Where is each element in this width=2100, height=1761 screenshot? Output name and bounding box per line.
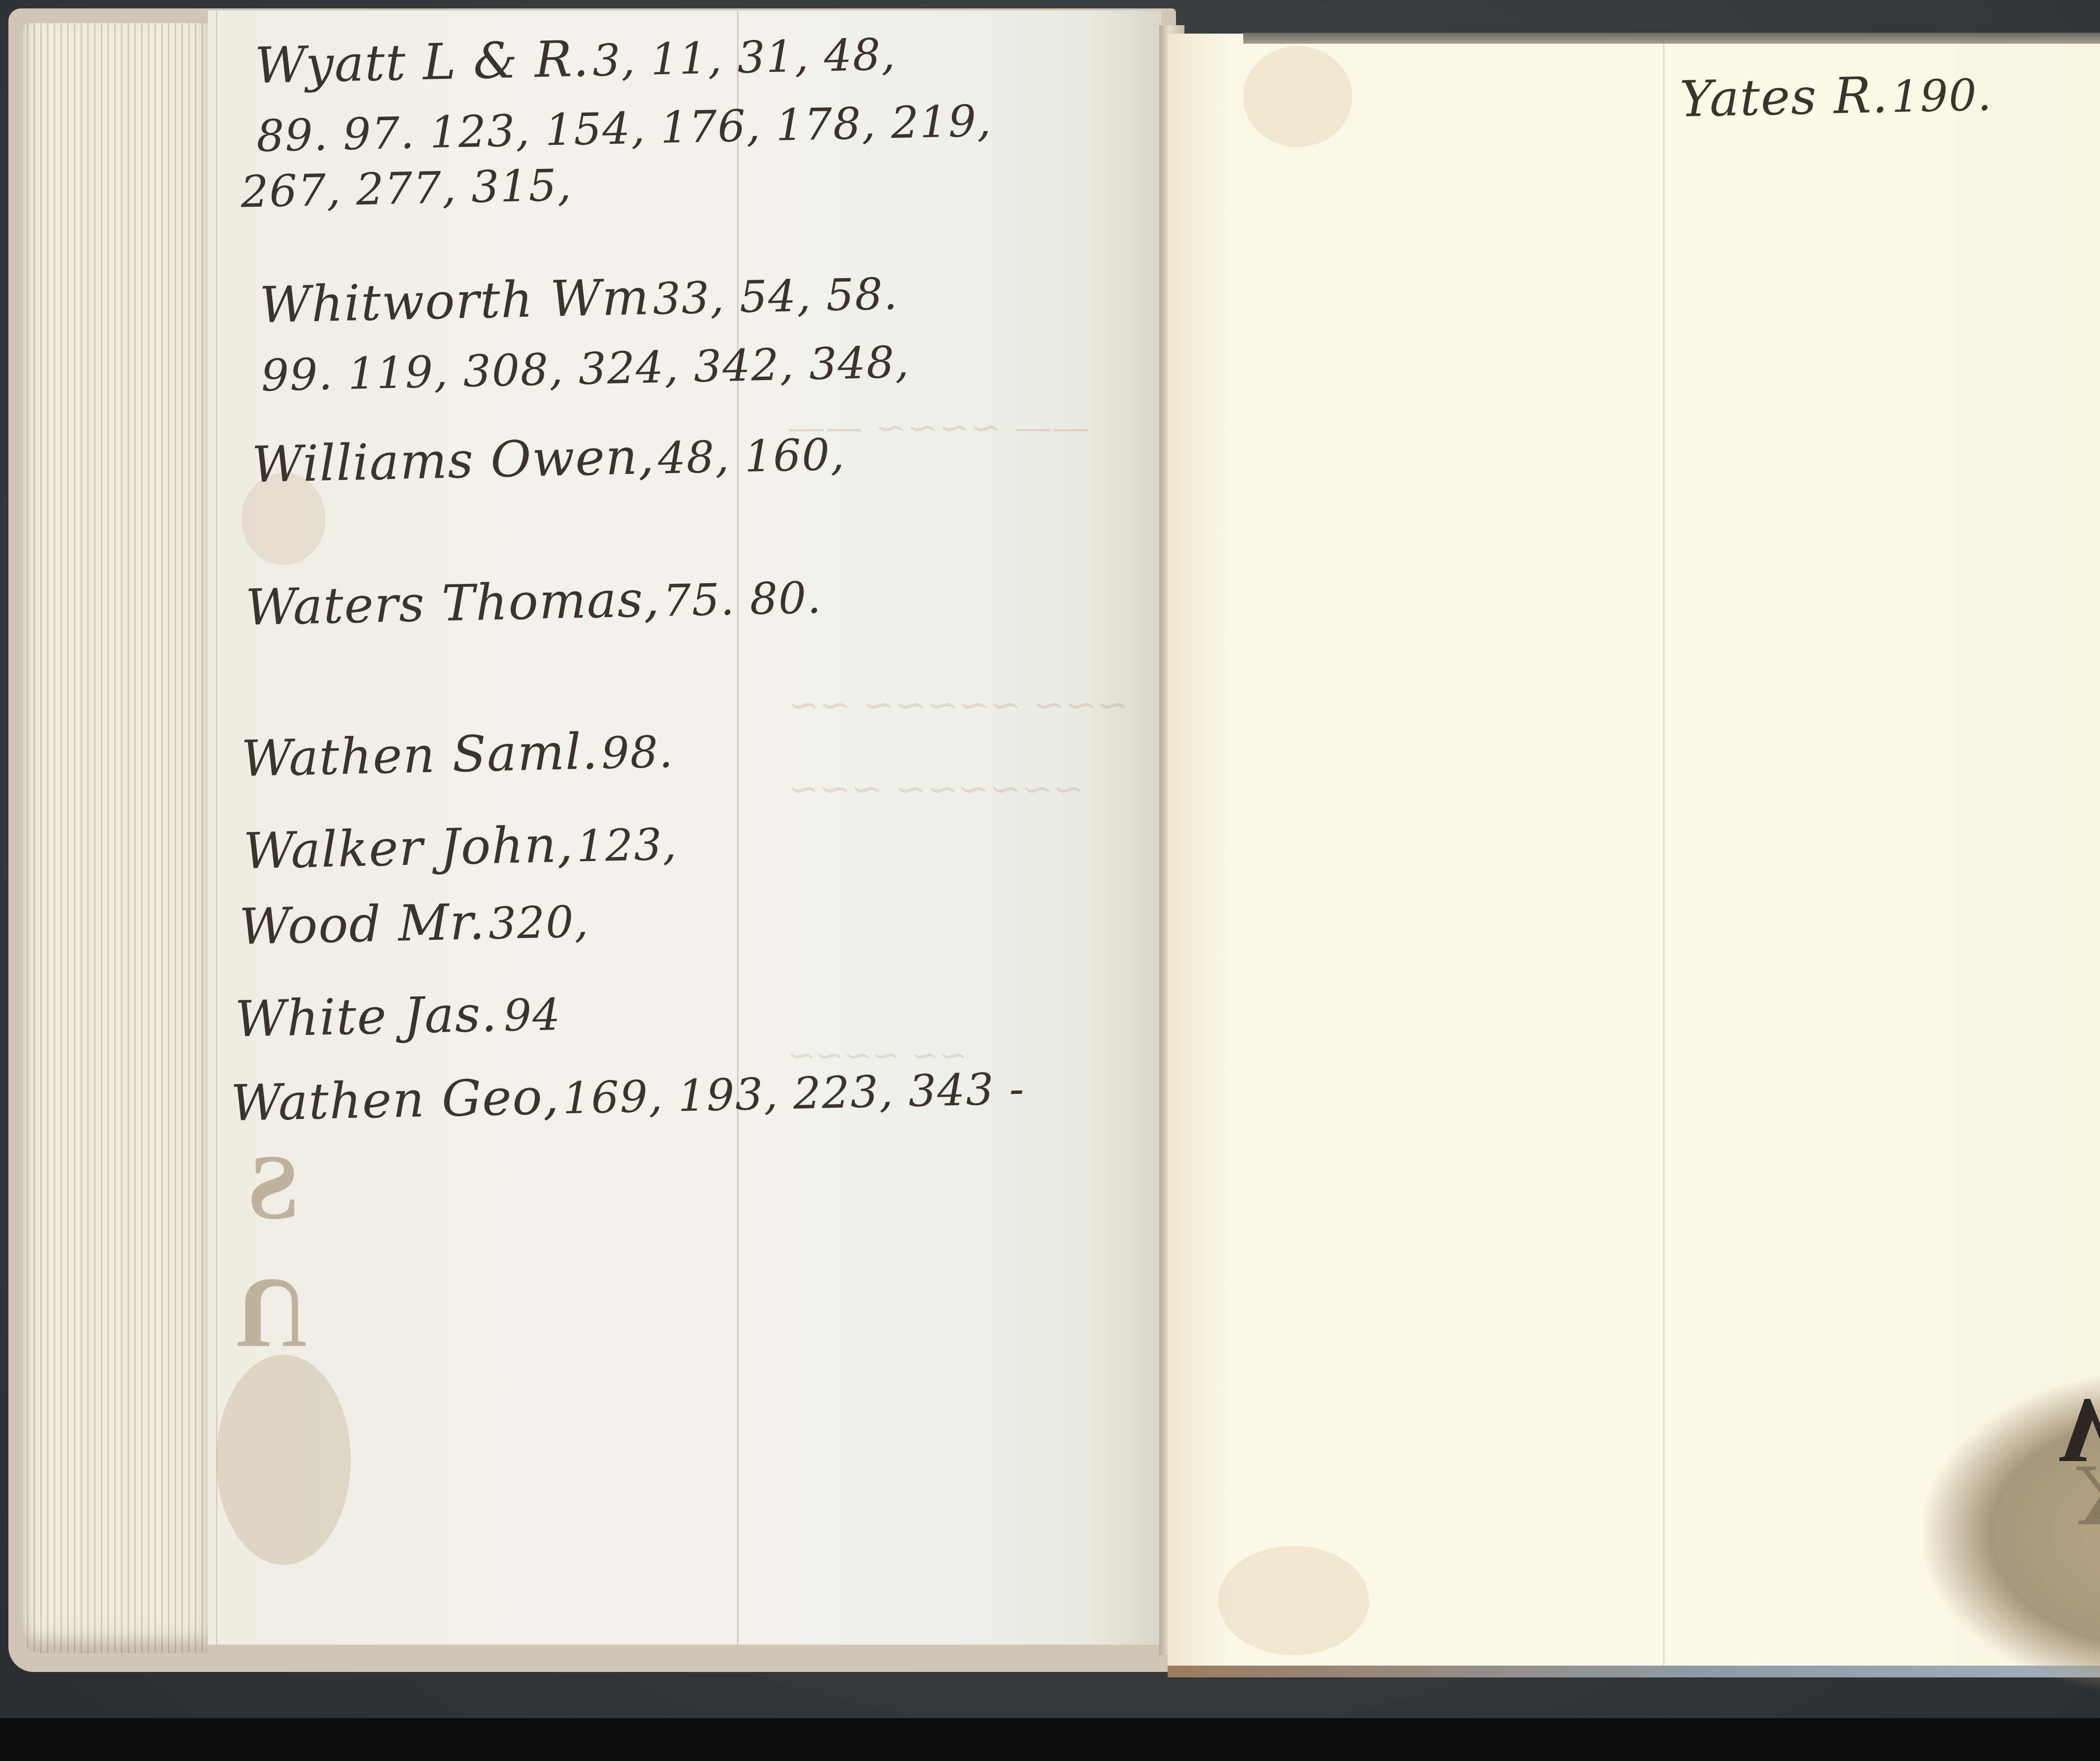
page-edge-line (216, 11, 217, 1645)
entry-refs: 33, 54, 58. (652, 268, 899, 324)
entry-refs: 98. (601, 726, 674, 779)
top-edge (1243, 33, 2100, 44)
entry-refs: 3, 11, 31, 48, (592, 29, 896, 86)
tab-letter-u: U (235, 1256, 308, 1372)
bottom-band (0, 1718, 2100, 1761)
tab-letter-s: S (248, 1134, 299, 1241)
index-entry-wood: Wood Mr. 320, (239, 892, 590, 970)
entry-name: Wyatt L & R. (254, 29, 590, 95)
index-entry-waters: Waters Thomas, 75. 80. (245, 568, 822, 650)
entry-name: Williams Owen, (251, 427, 655, 494)
entry-refs: 48, 160, (657, 428, 845, 484)
stain (1243, 46, 1352, 147)
entry-name: Walker John, (243, 815, 574, 880)
page-edge-stack (23, 23, 208, 1653)
index-entry-white: White Jas. 94 (234, 985, 562, 1062)
entry-name: Yates R. (1679, 66, 1889, 128)
entry-name: Waters Thomas, (245, 570, 661, 636)
entry-refs: 94 (503, 989, 562, 1041)
stain (216, 1355, 351, 1565)
index-entry-williams: Williams Owen, 48, 160, (251, 424, 846, 507)
stain (1218, 1546, 1369, 1655)
entry-name: White Jas. (234, 985, 498, 1048)
index-entry-whitworth: Whitworth Wm 33, 54, 58. 99. 119, 308, 3… (259, 264, 910, 403)
column-rule (737, 11, 738, 1645)
show-through-text: ~~~ ~~~~~ ~~ (787, 683, 1128, 727)
index-entry-wathen-saml: Wathen Saml. 98. (241, 722, 674, 802)
entry-name: Whitworth Wm (259, 268, 651, 334)
entry-name: Wathen Geo, (230, 1067, 560, 1132)
index-entry-yates: Yates R. 190. (1679, 65, 1993, 142)
entry-refs: 190. (1891, 69, 1992, 122)
entry-refs: 75. 80. (662, 572, 822, 626)
show-through-text: ~~~~~~ ~~~ (787, 767, 1084, 811)
entry-name: Wathen Saml. (241, 722, 599, 788)
entry-refs: 123, (576, 818, 678, 872)
entry-refs: 169, 193, 223, 343 - (562, 1063, 1025, 1124)
entry-name: Wood Mr. (239, 893, 486, 956)
column-rule (1663, 34, 1664, 1672)
entry-refs: 320, (488, 896, 590, 949)
index-entry-wyatt: Wyatt L & R. 3, 11, 31, 48, 89. 97. 123,… (254, 22, 993, 219)
tab-letter-x: X (2075, 1445, 2100, 1546)
index-entry-walker: Walker John, 123, (243, 814, 678, 894)
